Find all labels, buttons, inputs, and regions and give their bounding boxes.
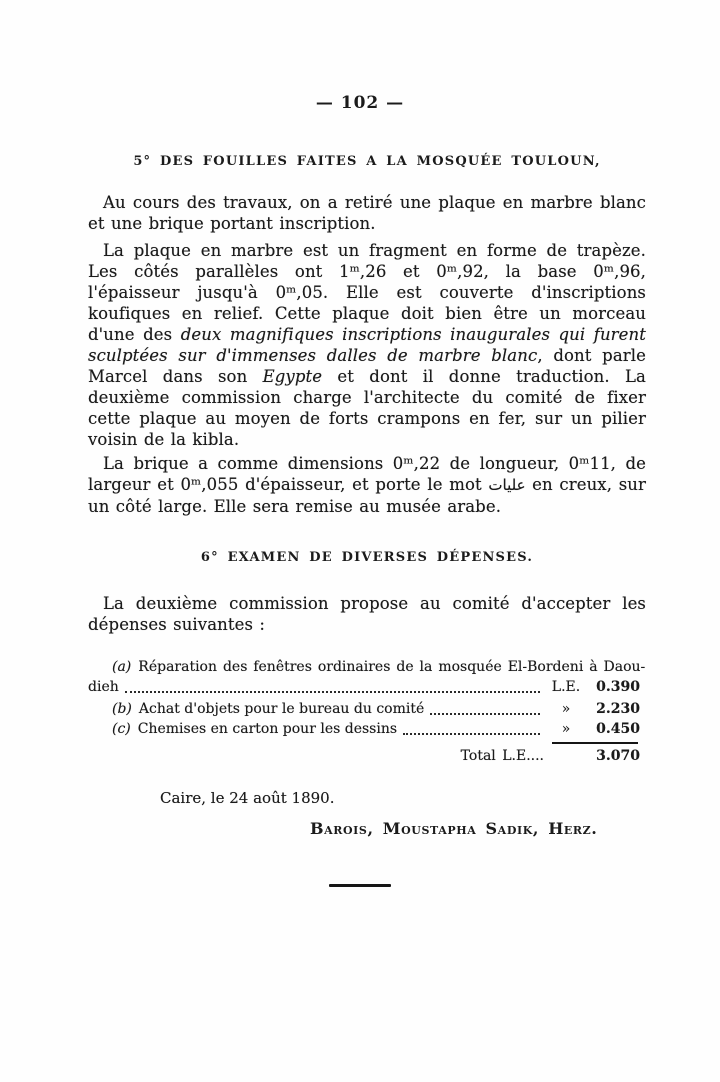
paragraph-3: La brique a comme dimensions 0ᵐ,22 de lo… [88,453,646,517]
total-amount: 3.070 [586,746,646,766]
expense-a-currency: L.E. [546,677,586,697]
expense-a-amount: 0.390 [586,677,646,697]
expense-c-description: Chemises en carton pour les dessins [138,719,397,739]
expense-b-label: (b) [112,699,132,719]
section-6-heading: 6° EXAMEN DE DIVERSES DÉPENSES. [88,549,646,567]
expense-b-amount: 2.230 [586,699,646,719]
paragraph-1: Au cours des travaux, on a retiré une pl… [88,192,646,234]
dot-leader [125,691,540,693]
paragraph-4-line-2: dépenses suivantes : [88,614,646,635]
book-title-egypte: Egypte [263,367,323,386]
dateline: Caire, le 24 août 1890. [88,788,646,808]
expense-a-label: (a) [112,659,131,675]
total-sum-rule [552,742,638,744]
dot-leader [403,733,540,735]
expense-a-description-part-2: dieh [88,677,119,697]
expense-c-currency: » [546,719,586,739]
total-label: Total L.E.... [461,746,544,766]
page-number: — 102 — [0,93,720,113]
dot-leader [430,713,540,715]
paragraph-2: La plaque en marbre est un fragment en f… [88,240,646,450]
paragraph-4: La deuxième commission propose au comité… [88,593,646,635]
section-5-heading: 5° DES FOUILLES FAITES A LA MOSQUÉE TOUL… [88,153,646,171]
expense-list: (a)Réparation des fenêtres ordinaires de… [88,657,646,766]
expense-b-currency: » [546,699,586,719]
expense-row-a-line-1: (a)Réparation des fenêtres ordinaires de… [88,657,646,677]
scanned-document-page: — 102 — 5° DES FOUILLES FAITES A LA MOSQ… [0,0,720,1082]
expense-row-a-line-2: dieh L.E. 0.390 [88,677,646,697]
arabic-word: عليات [488,476,525,494]
text-column: 5° DES FOUILLES FAITES A LA MOSQUÉE TOUL… [88,153,646,839]
paragraph-4-line-1: La deuxième commission propose au comité… [88,593,646,614]
expense-c-amount: 0.450 [586,719,646,739]
expense-c-label: (c) [112,719,131,739]
end-of-section-divider [329,884,391,887]
expense-row-b: (b) Achat d'objets pour le bureau du com… [88,697,646,719]
expense-b-description: Achat d'objets pour le bureau du comité [139,699,424,719]
expense-row-c: (c) Chemises en carton pour les dessins … [88,719,646,739]
signatures: Barois, Moustapha Sadik, Herz. [88,819,646,839]
total-row: Total L.E.... 3.070 [88,746,646,766]
expense-a-description-part-1: Réparation des fenêtres ordinaires de la… [138,659,645,675]
